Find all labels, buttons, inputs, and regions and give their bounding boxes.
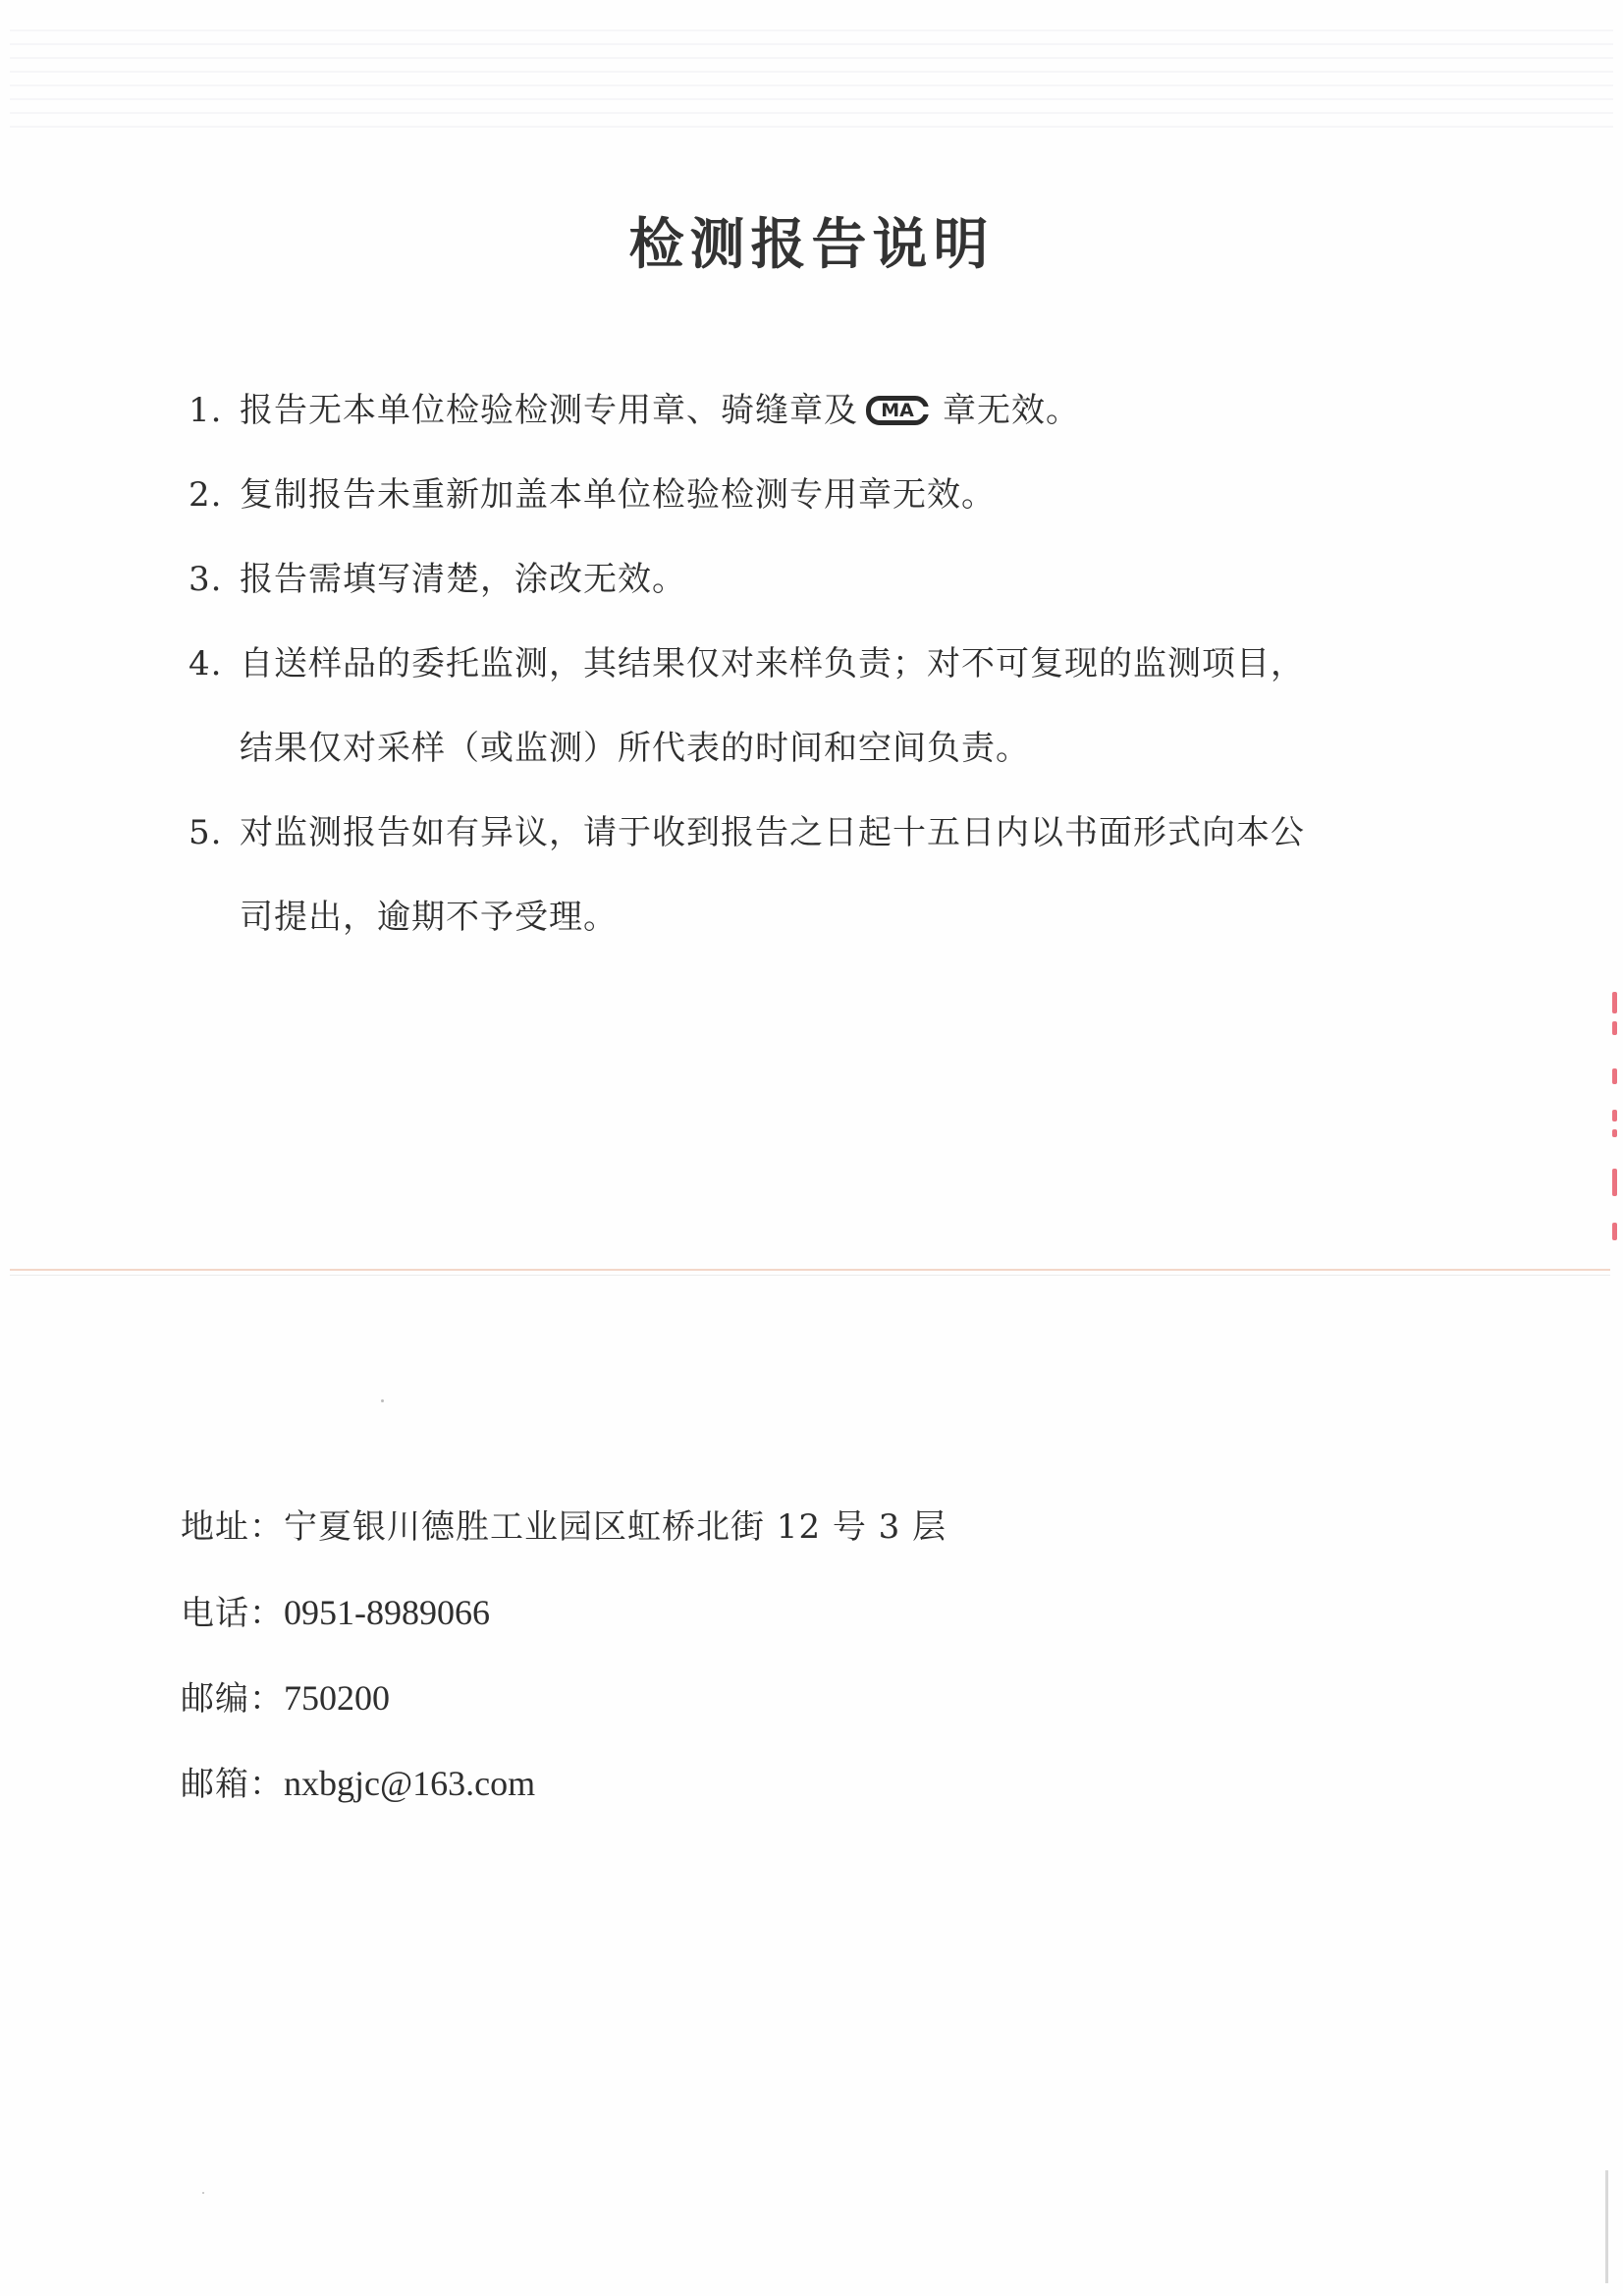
item-text: 自送样品的委托监测，其结果仅对来样负责；对不可复现的监测项目，	[240, 644, 1305, 683]
item-number: 4.	[189, 644, 240, 683]
notice-item-2: 2.复制报告未重新加盖本单位检验检测专用章无效。	[189, 475, 996, 515]
postcode-label: 邮编：	[181, 1679, 284, 1719]
item-text: 复制报告未重新加盖本单位检验检测专用章无效。	[240, 475, 996, 515]
address-label: 地址：	[181, 1507, 284, 1547]
scan-speck	[202, 2192, 204, 2194]
notice-item-4-continuation: 结果仅对采样（或监测）所代表的时间和空间负责。	[240, 729, 1030, 768]
item-number: 1.	[189, 391, 240, 430]
fold-divider	[10, 1269, 1610, 1271]
document-page: 检测报告说明 1.报告无本单位检验检测专用章、骑缝章及MA章无效。 2.复制报告…	[0, 0, 1623, 2296]
item-number: 2.	[189, 475, 240, 515]
contact-email: 邮箱：nxbgjc@163.com	[181, 1764, 535, 1804]
item-text-after: 章无效。	[943, 391, 1080, 430]
scan-noise	[10, 29, 1613, 137]
notice-item-3: 3.报告需填写清楚，涂改无效。	[189, 560, 686, 599]
phone-value: 0951-8989066	[284, 1593, 490, 1632]
scan-speck	[381, 1399, 384, 1402]
cma-mark-icon: MA	[866, 396, 929, 425]
notice-item-4: 4.自送样品的委托监测，其结果仅对来样负责；对不可复现的监测项目，	[189, 644, 1305, 683]
notice-item-5: 5.对监测报告如有异议，请于收到报告之日起十五日内以书面形式向本公	[189, 813, 1305, 852]
address-value: 宁夏银川德胜工业园区虹桥北街 12 号 3 层	[284, 1507, 947, 1547]
page-title: 检测报告说明	[0, 201, 1623, 280]
item-text: 报告需填写清楚，涂改无效。	[240, 560, 686, 599]
contact-postcode: 邮编：750200	[181, 1678, 390, 1719]
item-number: 3.	[189, 560, 240, 599]
item-text: 报告无本单位检验检测专用章、骑缝章及	[240, 391, 858, 430]
postcode-value: 750200	[284, 1678, 390, 1718]
notice-item-5-continuation: 司提出，逾期不予受理。	[240, 898, 618, 937]
phone-label: 电话：	[181, 1594, 284, 1633]
email-label: 邮箱：	[181, 1765, 284, 1804]
contact-address: 地址：宁夏银川德胜工业园区虹桥北街 12 号 3 层	[181, 1507, 947, 1547]
item-text: 对监测报告如有异议，请于收到报告之日起十五日内以书面形式向本公	[240, 813, 1305, 852]
page-edge-shadow	[1605, 2170, 1608, 2283]
email-value: nxbgjc@163.com	[284, 1764, 535, 1803]
fold-divider-shadow	[10, 1275, 1610, 1276]
contact-phone: 电话：0951-8989066	[181, 1593, 490, 1633]
item-number: 5.	[189, 813, 240, 852]
notice-item-1: 1.报告无本单位检验检测专用章、骑缝章及MA章无效。	[189, 391, 1080, 430]
riding-seal-fragment	[1612, 982, 1620, 1257]
